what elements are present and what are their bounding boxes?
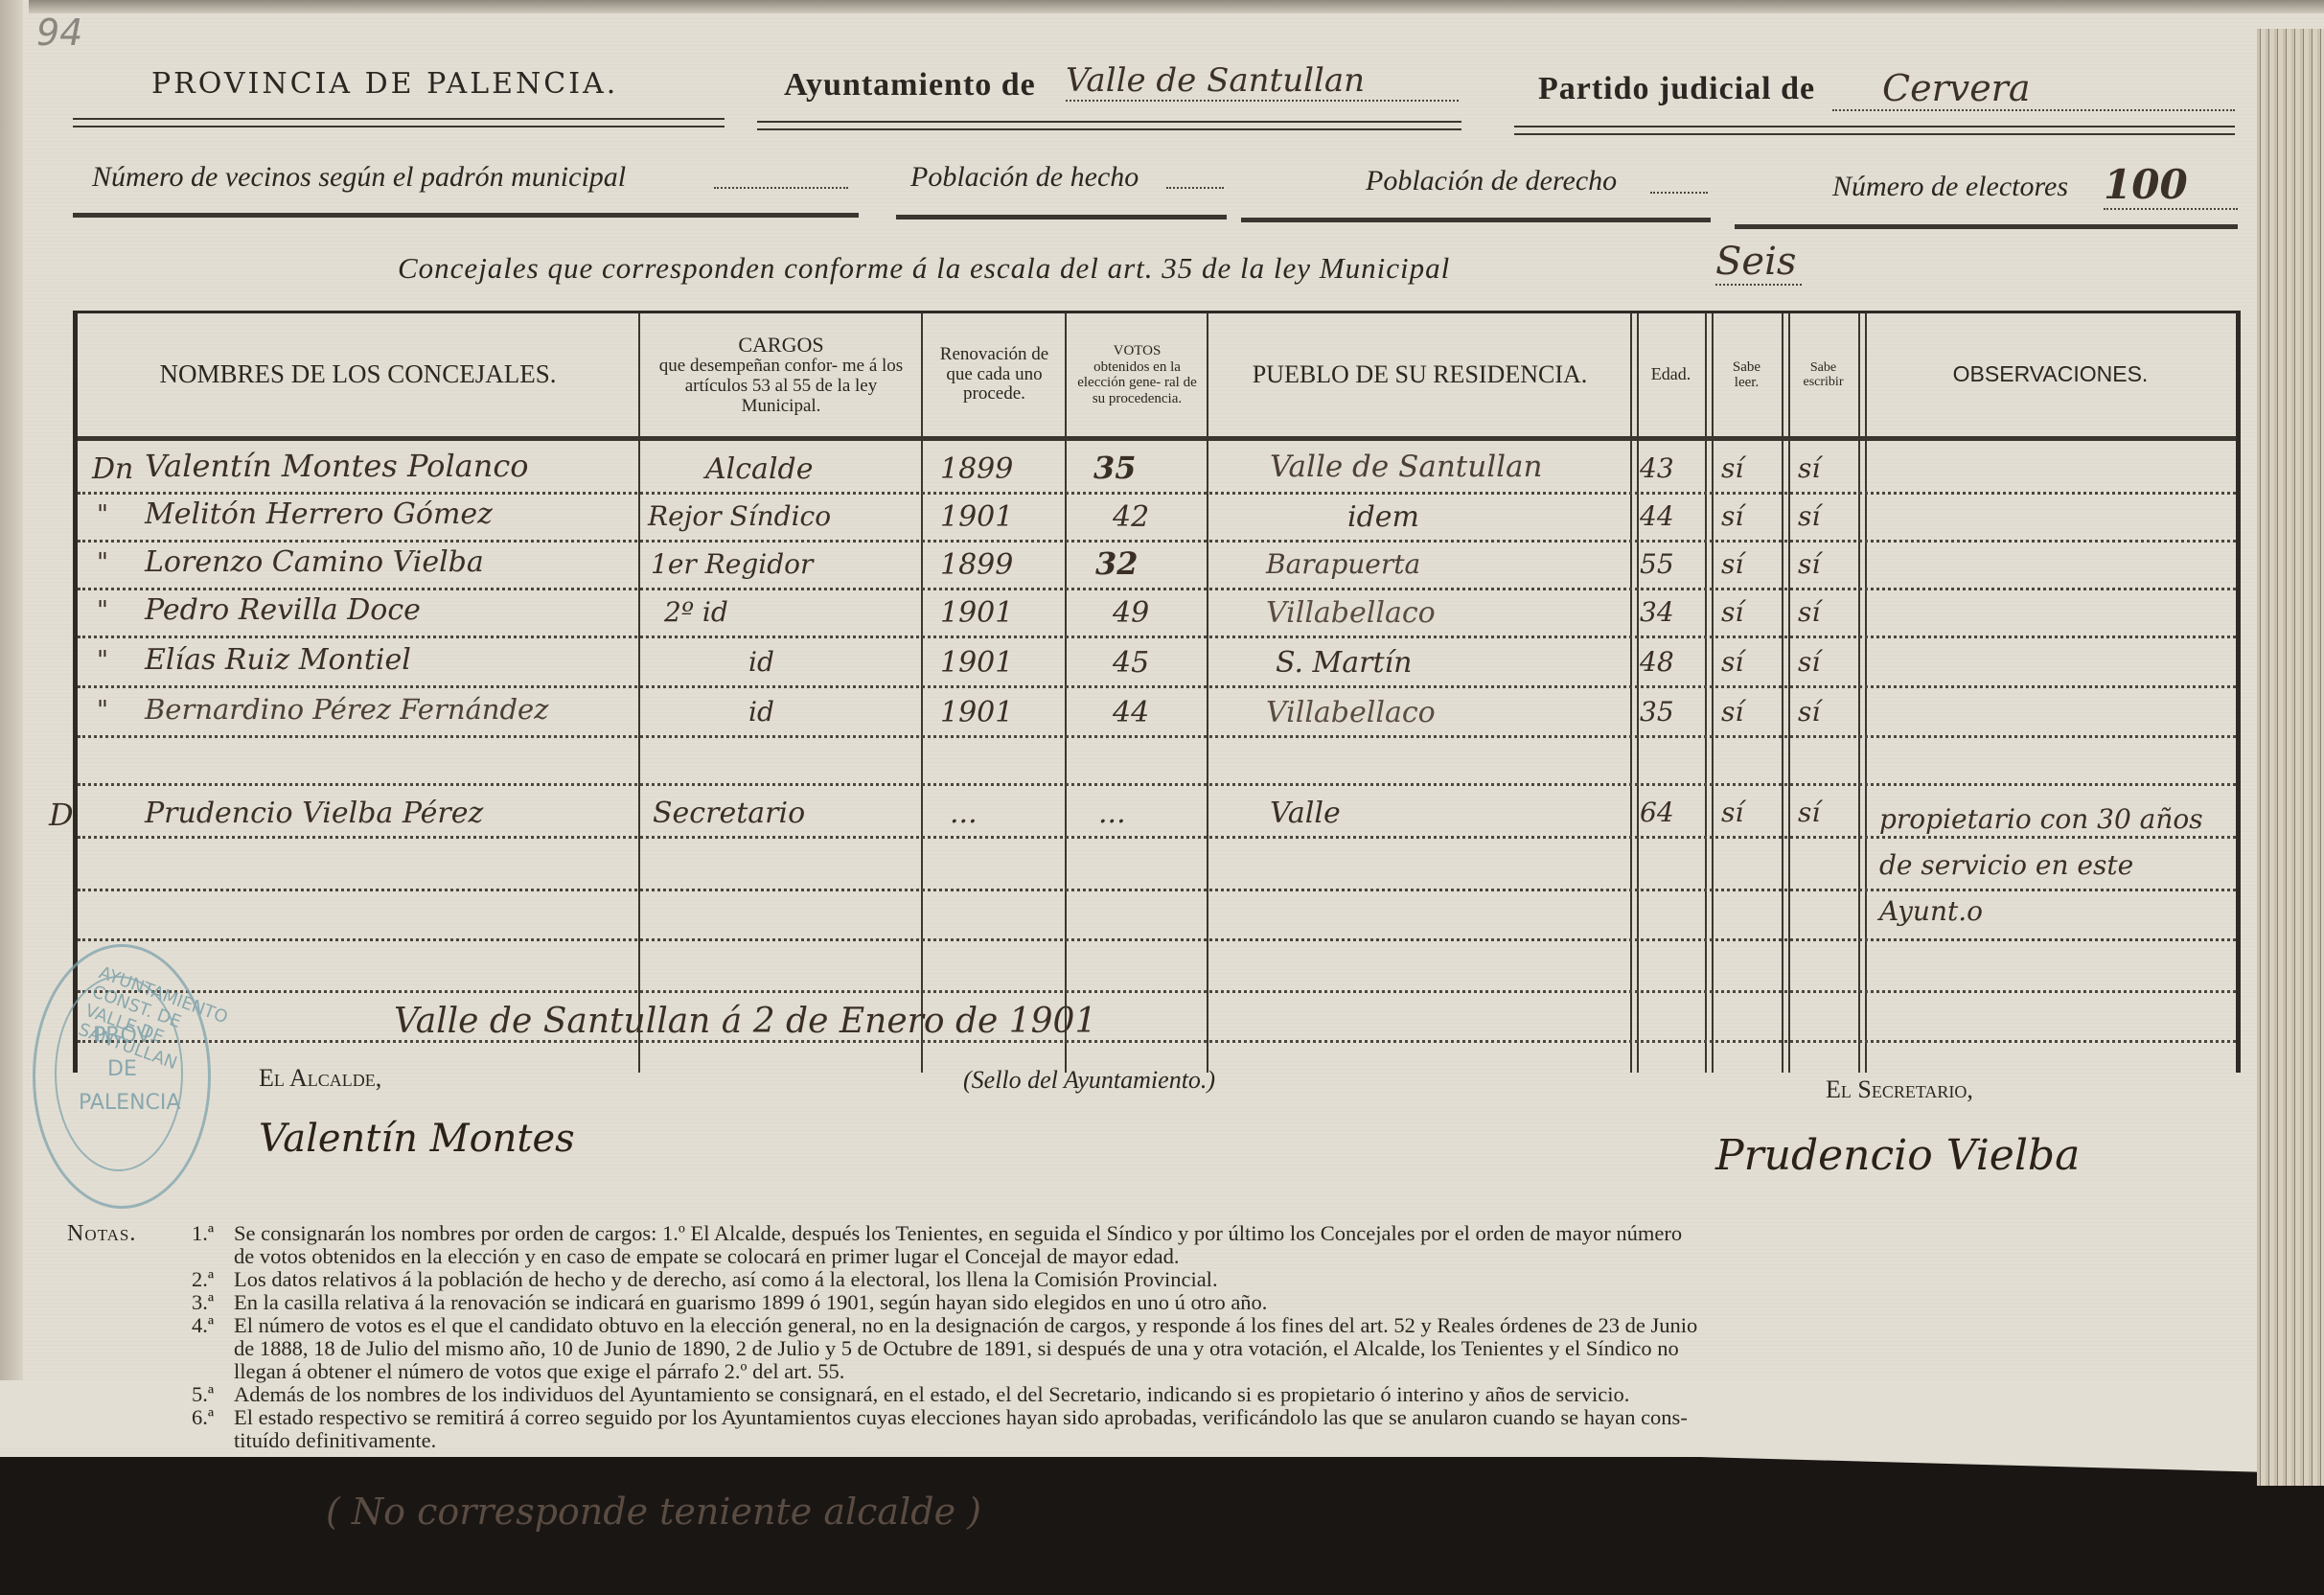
notes-label: Notas. xyxy=(67,1222,136,1245)
row-renovacion: ... xyxy=(950,797,978,830)
row-nombre: Bernardino Pérez Fernández xyxy=(145,693,548,726)
row-votos: 49 xyxy=(1113,596,1149,630)
row-votos: ... xyxy=(1098,797,1126,830)
row-votos: 32 xyxy=(1095,545,1139,582)
row-cargo: Rejor Síndico xyxy=(648,500,831,532)
row-pueblo: Valle xyxy=(1270,797,1341,830)
row-escribir: sí xyxy=(1798,646,1820,678)
row-pueblo: Villabellaco xyxy=(1266,596,1436,630)
alcalde-label: El Alcalde, xyxy=(259,1064,381,1093)
note-item: 1.ªSe consignarán los nombres por orden … xyxy=(192,1222,1682,1245)
header-rule xyxy=(757,121,1461,130)
header-pueblo: PUEBLO DE SU RESIDENCIA. xyxy=(1209,313,1630,436)
row-pueblo: Barapuerta xyxy=(1266,548,1420,580)
header-votos-sub: obtenidos en la elección gene- ral de su… xyxy=(1068,359,1207,407)
concejales-table: NOMBRES DE LOS CONCEJALES. CARGOS que de… xyxy=(73,311,2241,1073)
stats-rule xyxy=(1735,224,2238,229)
note-item-cont: tituído definitivamente. xyxy=(234,1429,436,1452)
row-renovacion: 1901 xyxy=(940,500,1013,534)
header-rule xyxy=(73,118,725,127)
row-edad: 64 xyxy=(1640,797,1674,828)
row-renovacion: 1901 xyxy=(940,646,1013,680)
row-edad: 34 xyxy=(1640,596,1674,628)
row-renovacion: 1901 xyxy=(940,696,1013,729)
poblacion-derecho-value xyxy=(1650,192,1708,194)
stats-rule xyxy=(896,215,1227,220)
electores-value: 100 xyxy=(2104,161,2238,210)
row-votos: 45 xyxy=(1113,646,1149,680)
row-votos: 35 xyxy=(1093,450,1137,486)
row-observaciones: propietario con 30 años de servicio en e… xyxy=(1879,797,2215,935)
note-item-cont: de 1888, 18 de Julio del mismo año, 10 d… xyxy=(234,1337,1679,1360)
date-line: Valle de Santullan á 2 de Enero de 1901 xyxy=(394,1002,1096,1041)
row-cargo: 2º id xyxy=(664,596,728,628)
ayuntamiento-stamp: AYUNTAMIENTO CONST. DE VALLE DE SANTULLA… xyxy=(33,944,211,1209)
row-nombre: Melitón Herrero Gómez xyxy=(145,497,493,531)
row-cargo: id xyxy=(748,646,774,678)
page-top-edge xyxy=(29,0,2324,13)
ayuntamiento-value: Valle de Santullan xyxy=(1066,61,1459,102)
row-escribir: sí xyxy=(1798,548,1820,580)
row-cargo: Secretario xyxy=(653,797,805,830)
note-item: 6.ªEl estado respectivo se remitirá á co… xyxy=(192,1406,1688,1429)
book-page-edges xyxy=(2257,29,2324,1486)
row-leer: sí xyxy=(1721,596,1743,628)
stats-rule xyxy=(1241,218,1711,222)
concejales-label: Concejales que corresponden conforme á l… xyxy=(398,251,1450,286)
row-votos: 44 xyxy=(1113,696,1149,729)
row-nombre: Pedro Revilla Doce xyxy=(145,593,421,627)
note-item: 3.ªEn la casilla relativa á la renovació… xyxy=(192,1291,1267,1314)
note-item: 2.ªLos datos relativos á la población de… xyxy=(192,1268,1218,1291)
vecinos-value xyxy=(714,187,848,189)
header-cargos-title: CARGOS xyxy=(738,334,823,357)
row-renovacion: 1901 xyxy=(940,596,1013,630)
row-escribir: sí xyxy=(1798,797,1820,828)
concejales-value: Seis xyxy=(1715,240,1802,286)
alcalde-signature: Valentín Montes xyxy=(259,1117,575,1161)
provincia-title: PROVINCIA DE PALENCIA. xyxy=(151,67,618,101)
header-votos-title: VOTOS xyxy=(1114,343,1162,359)
poblacion-hecho-label: Población de hecho xyxy=(910,161,1139,194)
note-item-cont: de votos obtenidos en la elección y en c… xyxy=(234,1245,1179,1268)
row-edad: 48 xyxy=(1640,646,1674,678)
row-cargo: 1er Regidor xyxy=(651,548,813,580)
row-edad: 55 xyxy=(1640,548,1674,580)
poblacion-derecho-label: Población de derecho xyxy=(1366,165,1617,197)
header-sabe-escribir: Sabe escribir xyxy=(1788,313,1858,436)
row-pueblo: Villabellaco xyxy=(1266,696,1436,729)
row-renovacion: 1899 xyxy=(940,452,1013,486)
poblacion-hecho-value xyxy=(1166,187,1224,189)
pencil-page-number: 94 xyxy=(36,12,82,54)
stats-rule xyxy=(73,213,859,218)
row-leer: sí xyxy=(1721,548,1743,580)
secretario-label: El Secretario, xyxy=(1826,1075,1973,1104)
header-edad: Edad. xyxy=(1637,313,1705,436)
header-rule xyxy=(1514,126,2235,135)
header-renovacion: Renovación de que cada uno procede. xyxy=(924,313,1065,436)
row-escribir: sí xyxy=(1798,452,1820,484)
row-nombre: Lorenzo Camino Vielba xyxy=(145,545,484,579)
row-edad: 35 xyxy=(1640,696,1674,728)
row-leer: sí xyxy=(1721,452,1743,484)
header-observaciones: OBSERVACIONES. xyxy=(1865,313,2236,436)
row-leer: sí xyxy=(1721,500,1743,532)
row-edad: 43 xyxy=(1640,452,1674,484)
row-nombre: Prudencio Vielba Pérez xyxy=(145,797,483,830)
row-cargo: Alcalde xyxy=(705,452,814,486)
partido-value: Cervera xyxy=(1832,67,2235,111)
row-votos: 42 xyxy=(1113,500,1149,534)
header-votos: VOTOS obtenidos en la elección gene- ral… xyxy=(1068,313,1207,436)
row-escribir: sí xyxy=(1798,596,1820,628)
row-pueblo: Valle de Santullan xyxy=(1270,450,1542,484)
note-item-cont: llegan á obtener el número de votos que … xyxy=(234,1360,844,1383)
footer-annotation: ( No corresponde teniente alcalde ) xyxy=(326,1491,981,1533)
row-edad: 44 xyxy=(1640,500,1674,532)
row-leer: sí xyxy=(1721,646,1743,678)
header-cargos: CARGOS que desempeñan confor- me á los a… xyxy=(641,313,921,436)
row-renovacion: 1899 xyxy=(940,548,1013,582)
note-item: 4.ªEl número de votos es el que el candi… xyxy=(192,1314,1697,1337)
sello-label: (Sello del Ayuntamiento.) xyxy=(963,1066,1215,1095)
row-leer: sí xyxy=(1721,696,1743,728)
vecinos-label: Número de vecinos según el padrón munici… xyxy=(92,161,626,194)
ayuntamiento-label: Ayuntamiento de xyxy=(784,67,1036,104)
row-pueblo: idem xyxy=(1347,500,1419,534)
row-cargo: id xyxy=(748,696,774,728)
row-nombre: Valentín Montes Polanco xyxy=(145,448,529,484)
row-pueblo: S. Martín xyxy=(1276,646,1412,680)
row-nombre: Elías Ruiz Montiel xyxy=(145,643,411,677)
header-sabe-leer: Sabe leer. xyxy=(1712,313,1782,436)
note-item: 5.ªAdemás de los nombres de los individu… xyxy=(192,1383,1629,1406)
secretario-signature: Prudencio Vielba xyxy=(1715,1131,2080,1180)
book-gutter xyxy=(0,0,23,1380)
row-leer: sí xyxy=(1721,797,1743,828)
header-nombres: NOMBRES DE LOS CONCEJALES. xyxy=(78,313,638,436)
row-escribir: sí xyxy=(1798,696,1820,728)
electores-label: Número de electores xyxy=(1832,171,2068,203)
row-escribir: sí xyxy=(1798,500,1820,532)
partido-label: Partido judicial de xyxy=(1538,71,1815,107)
header-cargos-sub: que desempeñan confor- me á los artículo… xyxy=(641,357,921,417)
